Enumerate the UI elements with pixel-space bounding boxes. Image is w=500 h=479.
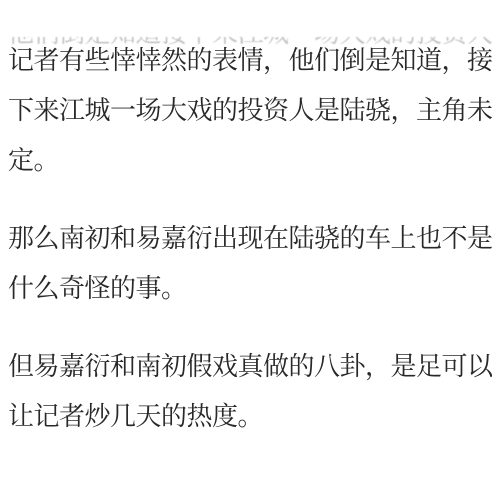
paragraph-3: 但易嘉衍和南初假戏真做的八卦，是足可以让记者炒几天的热度。 [8,341,496,441]
novel-text-block: 记者有些悻悻然的表情，他们倒是知道，接下来江城一场大戏的投资人是陆骁，主角未定。… [8,35,496,469]
paragraph-2: 那么南初和易嘉衍出现在陆骁的车上也不是什么奇怪的事。 [8,213,496,313]
paragraph-1: 记者有些悻悻然的表情，他们倒是知道，接下来江城一场大戏的投资人是陆骁，主角未定。 [8,35,496,185]
novel-reader-page: 他们倒是知道接下来江城一场大戏的投资人 记者有些悻悻然的表情，他们倒是知道，接下… [0,0,500,479]
